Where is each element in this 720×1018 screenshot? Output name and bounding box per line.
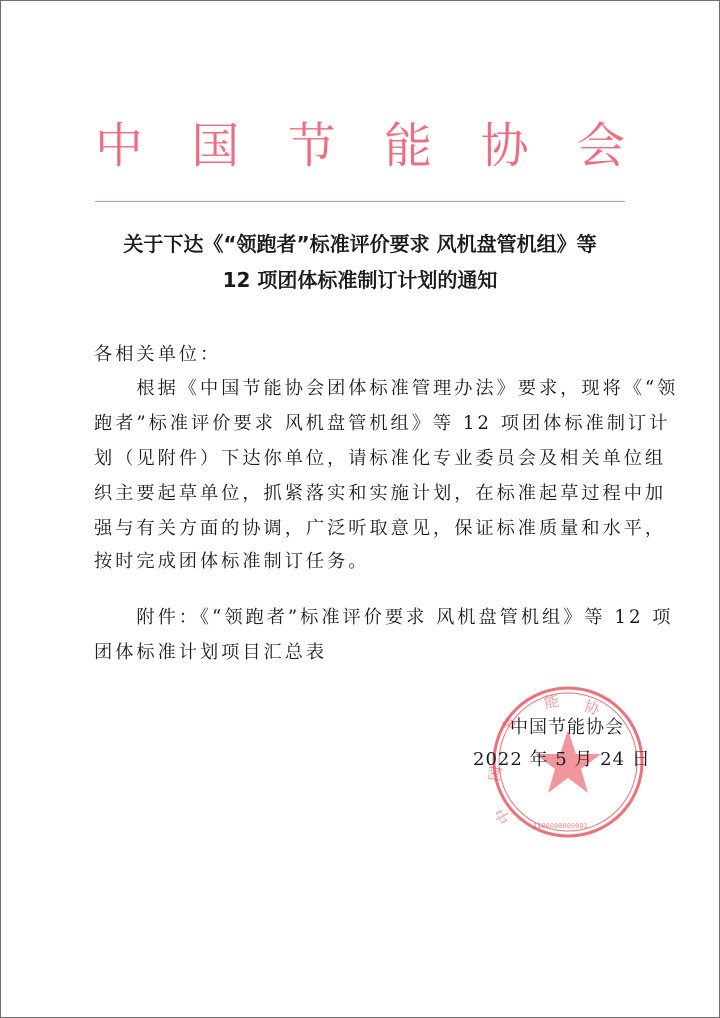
masthead-char: 节	[288, 118, 336, 174]
body-paragraph-line: 根据《中国节能协会团体标准管理办法》要求，现将《“领	[94, 374, 624, 400]
body-paragraph-line: 织主要起草单位，抓紧落实和实施计划，在标准起草过程中加	[94, 479, 624, 505]
masthead-char: 协	[481, 118, 529, 174]
document-title-line-1: 关于下达《“领跑者”标准评价要求 风机盘管机组》等	[70, 228, 650, 257]
body-paragraph-line: 按时完成团体标准制订任务。	[94, 547, 624, 573]
attachment-line: 团体标准计划项目汇总表	[94, 638, 624, 664]
body-paragraph-line: 跑者”标准评价要求 风机盘管机组》等 12 项团体标准制订计	[94, 409, 624, 435]
body-paragraph-line: 强与有关方面的协调，广泛听取意见，保证标准质量和水平，	[94, 514, 624, 540]
masthead-char: 能	[384, 118, 432, 174]
body-paragraph-line: 划（见附件）下达你单位，请标准化专业委员会及相关单位组	[94, 444, 624, 470]
salutation: 各相关单位：	[94, 340, 624, 366]
signature-organization: 中国节能协会	[510, 713, 624, 739]
signature-date: 2022 年 5 月 24 日	[473, 745, 651, 771]
masthead-title: 中 国 节 能 协 会	[95, 118, 625, 174]
attachment-line: 附件：《“领跑者”标准评价要求 风机盘管机组》等 12 项	[94, 603, 624, 629]
svg-text:1100000000001: 1100000000001	[533, 822, 588, 830]
masthead-divider	[95, 201, 625, 202]
masthead-char: 会	[577, 118, 625, 174]
masthead-char: 国	[191, 118, 239, 174]
masthead-char: 中	[95, 118, 143, 174]
document-title-line-2: 12 项团体标准制订计划的通知	[70, 264, 650, 293]
svg-text:能: 能	[543, 692, 561, 712]
